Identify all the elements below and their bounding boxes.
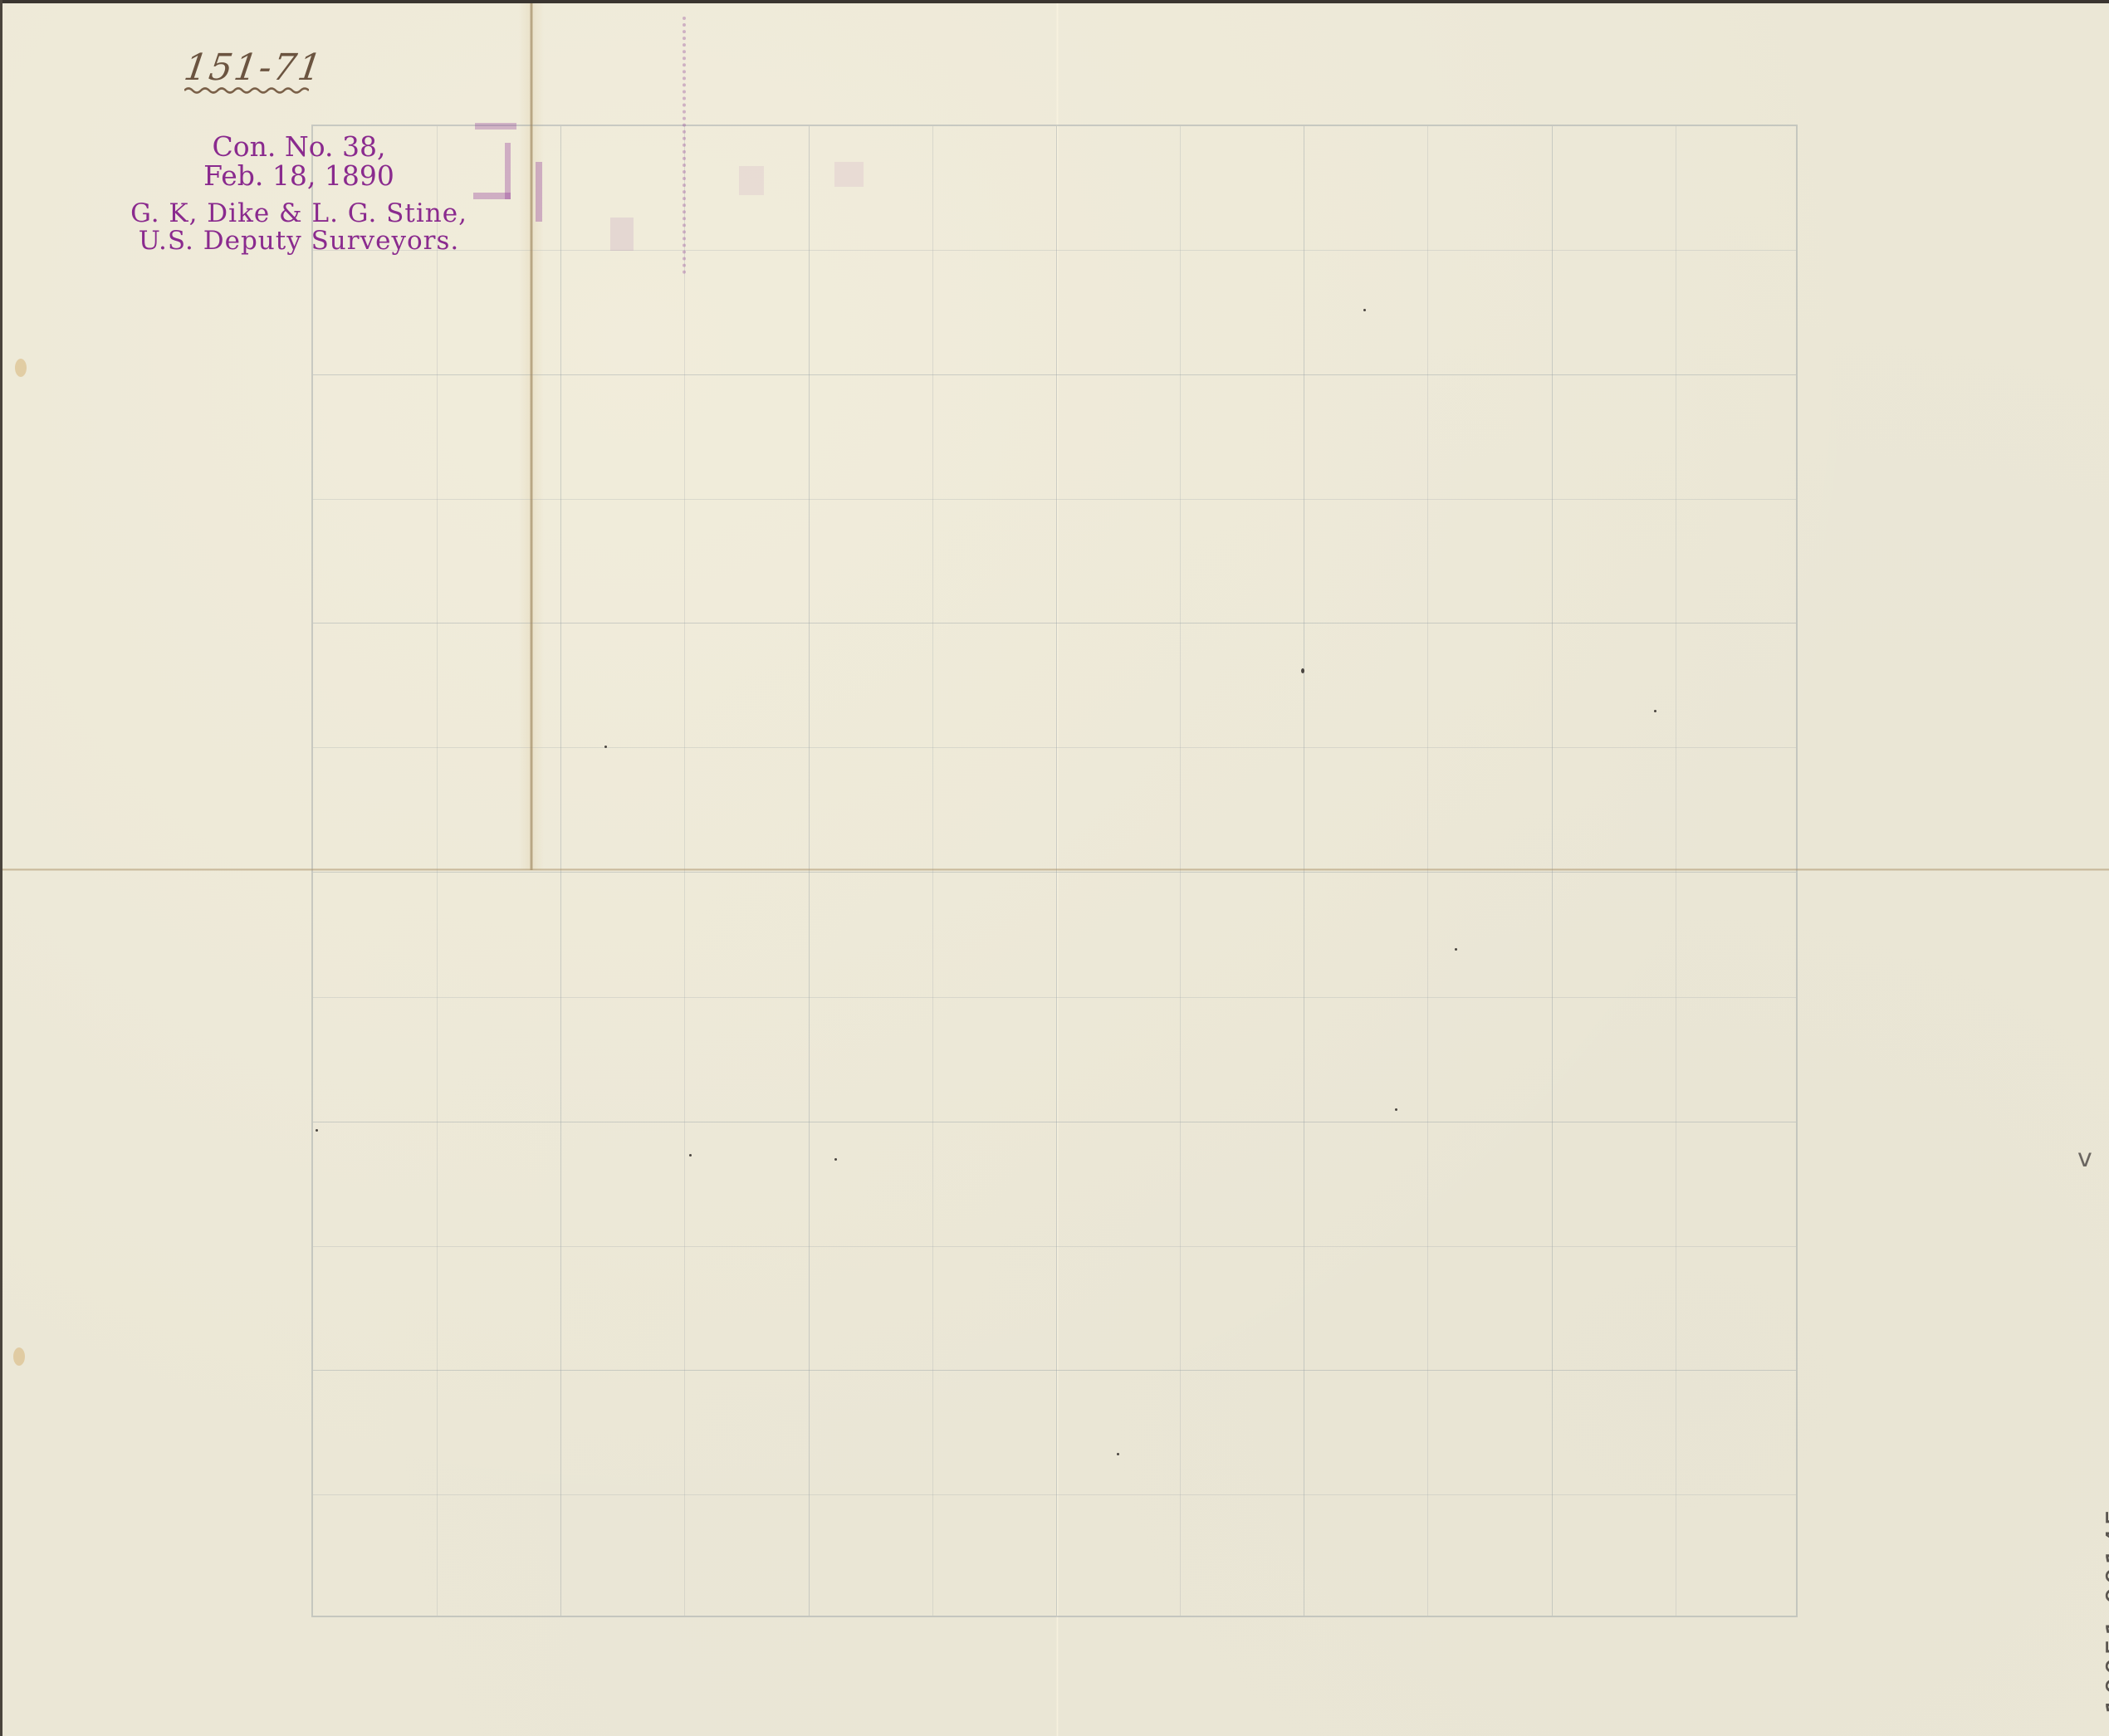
surveyor-names: G. K, Dike & L. G. Stine, <box>125 201 473 227</box>
grid-line <box>313 623 1796 623</box>
grid-line <box>313 374 1796 375</box>
grid-line <box>932 126 933 1616</box>
grid-line <box>313 250 1796 251</box>
grid-line <box>437 126 438 1616</box>
survey-grid <box>311 125 1798 1617</box>
grid-line <box>313 1246 1796 1247</box>
catalog-number: 10051-00145 <box>2101 1532 2109 1714</box>
horizontal-fold <box>0 868 2109 871</box>
grid-line <box>313 499 1796 500</box>
grid-line <box>313 747 1796 748</box>
grid-line <box>313 1370 1796 1371</box>
grid-line <box>313 997 1796 998</box>
file-number: 151-71 <box>181 46 325 89</box>
contract-date: Feb. 18, 1890 <box>125 162 473 189</box>
grid-line <box>1304 126 1304 1616</box>
vertical-fold <box>530 0 533 870</box>
surveyor-title: U.S. Deputy Surveyors. <box>125 228 473 254</box>
grid-line <box>313 1494 1796 1495</box>
grid-line <box>1552 126 1553 1616</box>
edge-stain <box>15 359 27 377</box>
grid-line <box>809 126 810 1616</box>
contract-number: Con. No. 38, <box>125 133 473 160</box>
surveyor-stamp: Con. No. 38, Feb. 18, 1890 G. K, Dike & … <box>125 133 473 254</box>
grid-line <box>684 126 685 1616</box>
grid-line <box>1427 126 1428 1616</box>
scan-edge-left <box>0 0 2 1736</box>
grid-line <box>1056 126 1057 1616</box>
grid-line <box>1676 126 1676 1616</box>
scan-edge-top <box>0 0 2109 3</box>
grid-line <box>313 872 1796 873</box>
check-mark: v <box>2077 1144 2092 1173</box>
wavy-underline-icon <box>184 86 309 95</box>
edge-stain <box>13 1347 25 1366</box>
grid-line <box>560 126 561 1616</box>
grid-line <box>1180 126 1181 1616</box>
grid-line <box>313 1122 1796 1122</box>
